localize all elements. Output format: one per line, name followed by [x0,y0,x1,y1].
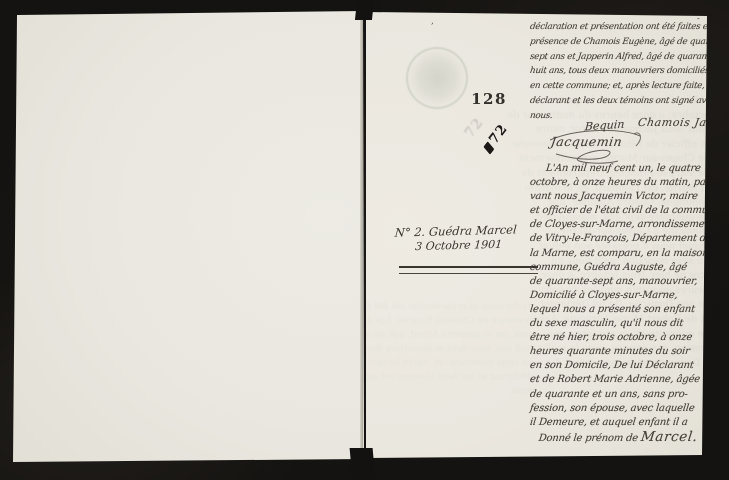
page-edge-sliver [360,10,363,460]
child-name: Marcel. [640,429,699,445]
text-line: et de Robert Marie Adrienne, âgée [529,373,709,387]
birth-act-last-line: Donné le prénom de Marcel. [538,429,697,445]
text-line: déclarant et les deux témoins ont signé … [529,94,709,109]
text-line: octobre, à onze heures du matin, par de [529,176,709,190]
text-line: de Vitry-le-François, Département de [529,232,709,246]
margin-separator-rule [399,266,538,274]
signature-declarant: Bequin [584,118,625,134]
gutter-notch-top [355,0,374,20]
text-line: déclaration et présentation ont été fait… [372,300,534,314]
text-line: sept ans et Japperin Alfred, âgé de quar… [529,50,709,65]
text-line: heures quarante minutes du soir [529,345,709,359]
text-line: en cette commune; et, après lecture fait… [372,356,534,370]
folio-number: 128 [469,90,509,108]
gutter-notch-bottom [350,448,376,480]
text-line: de quarante et un ans, sans pro- [529,388,709,402]
stray-mark: ’ [429,22,434,32]
text-line: présence de Chamois Eugène, âgé de quara… [529,35,709,50]
text-line: L'An mil neuf cent un, le quatre [529,162,709,176]
text-line: et officier de l'état civil de la commun… [529,204,709,218]
faint-round-stamp [406,47,468,109]
text-line: commune, Guédra Auguste, âgé [529,261,709,275]
text-line: sept ans et Japperin Alfred, âgé de quar… [372,328,534,342]
margin-note: N° 2. Guédra Marcel 3 Octobre 1901 [395,222,518,253]
signature-witnesses: Chamois Japperin [637,116,729,129]
text-line: il Demeure, et auquel enfant il a [529,416,709,430]
text-line: être né hier, trois octobre, à onze [529,331,709,345]
bleed-through-text: déclaration et présentation ont été fait… [372,300,532,398]
text-line: en cette commune; et, après lecture fait… [529,79,709,94]
text-line: huit ans, tous deux manouvriers domicili… [529,64,709,79]
text-line: lequel nous a présenté son enfant [529,303,709,317]
text-line: fession, son épouse, avec laquelle [529,402,709,416]
registry-book-scan: L'An mil neuf cent un, le quatreoctobre,… [0,0,729,480]
text-line: huit ans, tous deux manouvriers domicili… [372,342,534,356]
last-line-prefix: Donné le prénom de [538,433,639,444]
text-line: de Cloyes-sur-Marne, arrondissement [529,218,709,232]
text-line: nous. [372,384,534,398]
text-line: vant nous Jacquemin Victor, maire [529,190,709,204]
text-line: de quarante-sept ans, manouvrier, [529,275,709,289]
signature-mayor: Jacquemin [550,134,624,149]
text-line: en son Domicile, De lui Déclarant [529,359,709,373]
text-line: déclarant et les deux témoins ont signé … [372,370,534,384]
text-line: présence de Chamois Eugène, âgé de quara… [372,314,534,328]
text-line: déclaration et présentation ont été fait… [529,20,709,35]
number-stamp-ghost: 72 [462,115,487,141]
text-line: Domicilié à Cloyes-sur-Marne, [529,289,709,303]
text-line: du sexe masculin, qu'il nous dit [529,317,709,331]
previous-act-text: déclaration et présentation ont été fait… [529,20,707,124]
birth-act-text: L'An mil neuf cent un, le quatreoctobre,… [529,162,707,430]
text-line: la Marne, est comparu, en la maison [529,247,709,261]
margin-note-date: 3 Octobre 1901 [415,237,518,253]
